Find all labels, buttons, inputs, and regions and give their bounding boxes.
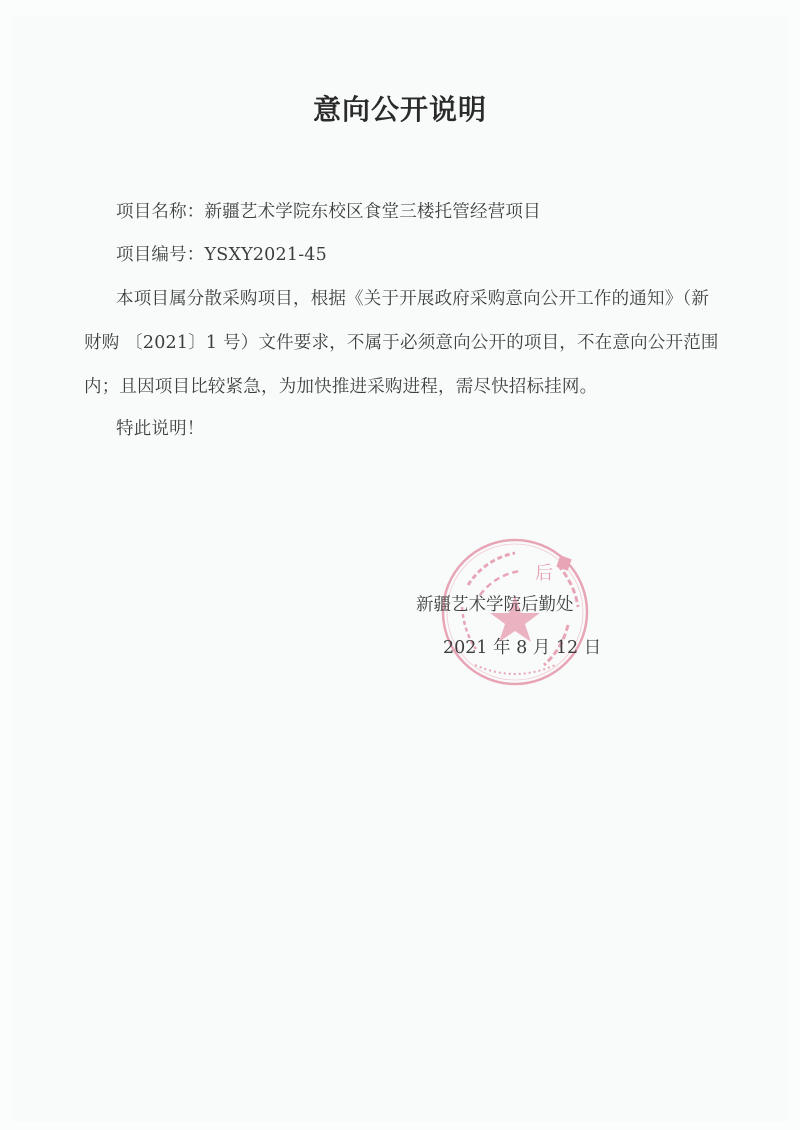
project-number-label: 项目编号： [116,245,205,265]
body-paragraph-line: 内；且因项目比较紧急，为加快推进采购进程，需尽快招标挂网。 [84,373,597,398]
project-name-value: 新疆艺术学院东校区食堂三楼托管经营项目 [205,202,541,222]
body-paragraph-line: 财购 〔2021〕1 号）文件要求，不属于必须意向公开的项目，不在意向公开范围 [84,329,719,354]
signature-organization: 新疆艺术学院后勤处 [416,591,574,616]
project-name-line: 项目名称：新疆艺术学院东校区食堂三楼托管经营项目 [116,198,541,223]
body-paragraph-line: 本项目属分散采购项目，根据《关于开展政府采购意向公开工作的通知》（新 [116,285,709,310]
closing-statement: 特此说明！ [116,415,205,440]
project-number-line: 项目编号：YSXY2021-45 [116,241,327,266]
project-name-label: 项目名称： [116,202,205,222]
svg-text:后: 后 [535,563,553,584]
signature-date: 2021 年 8 月 12 日 [443,634,601,659]
document-page [12,16,788,1122]
page-title: 意向公开说明 [0,88,800,128]
project-number-value: YSXY2021-45 [205,245,327,265]
